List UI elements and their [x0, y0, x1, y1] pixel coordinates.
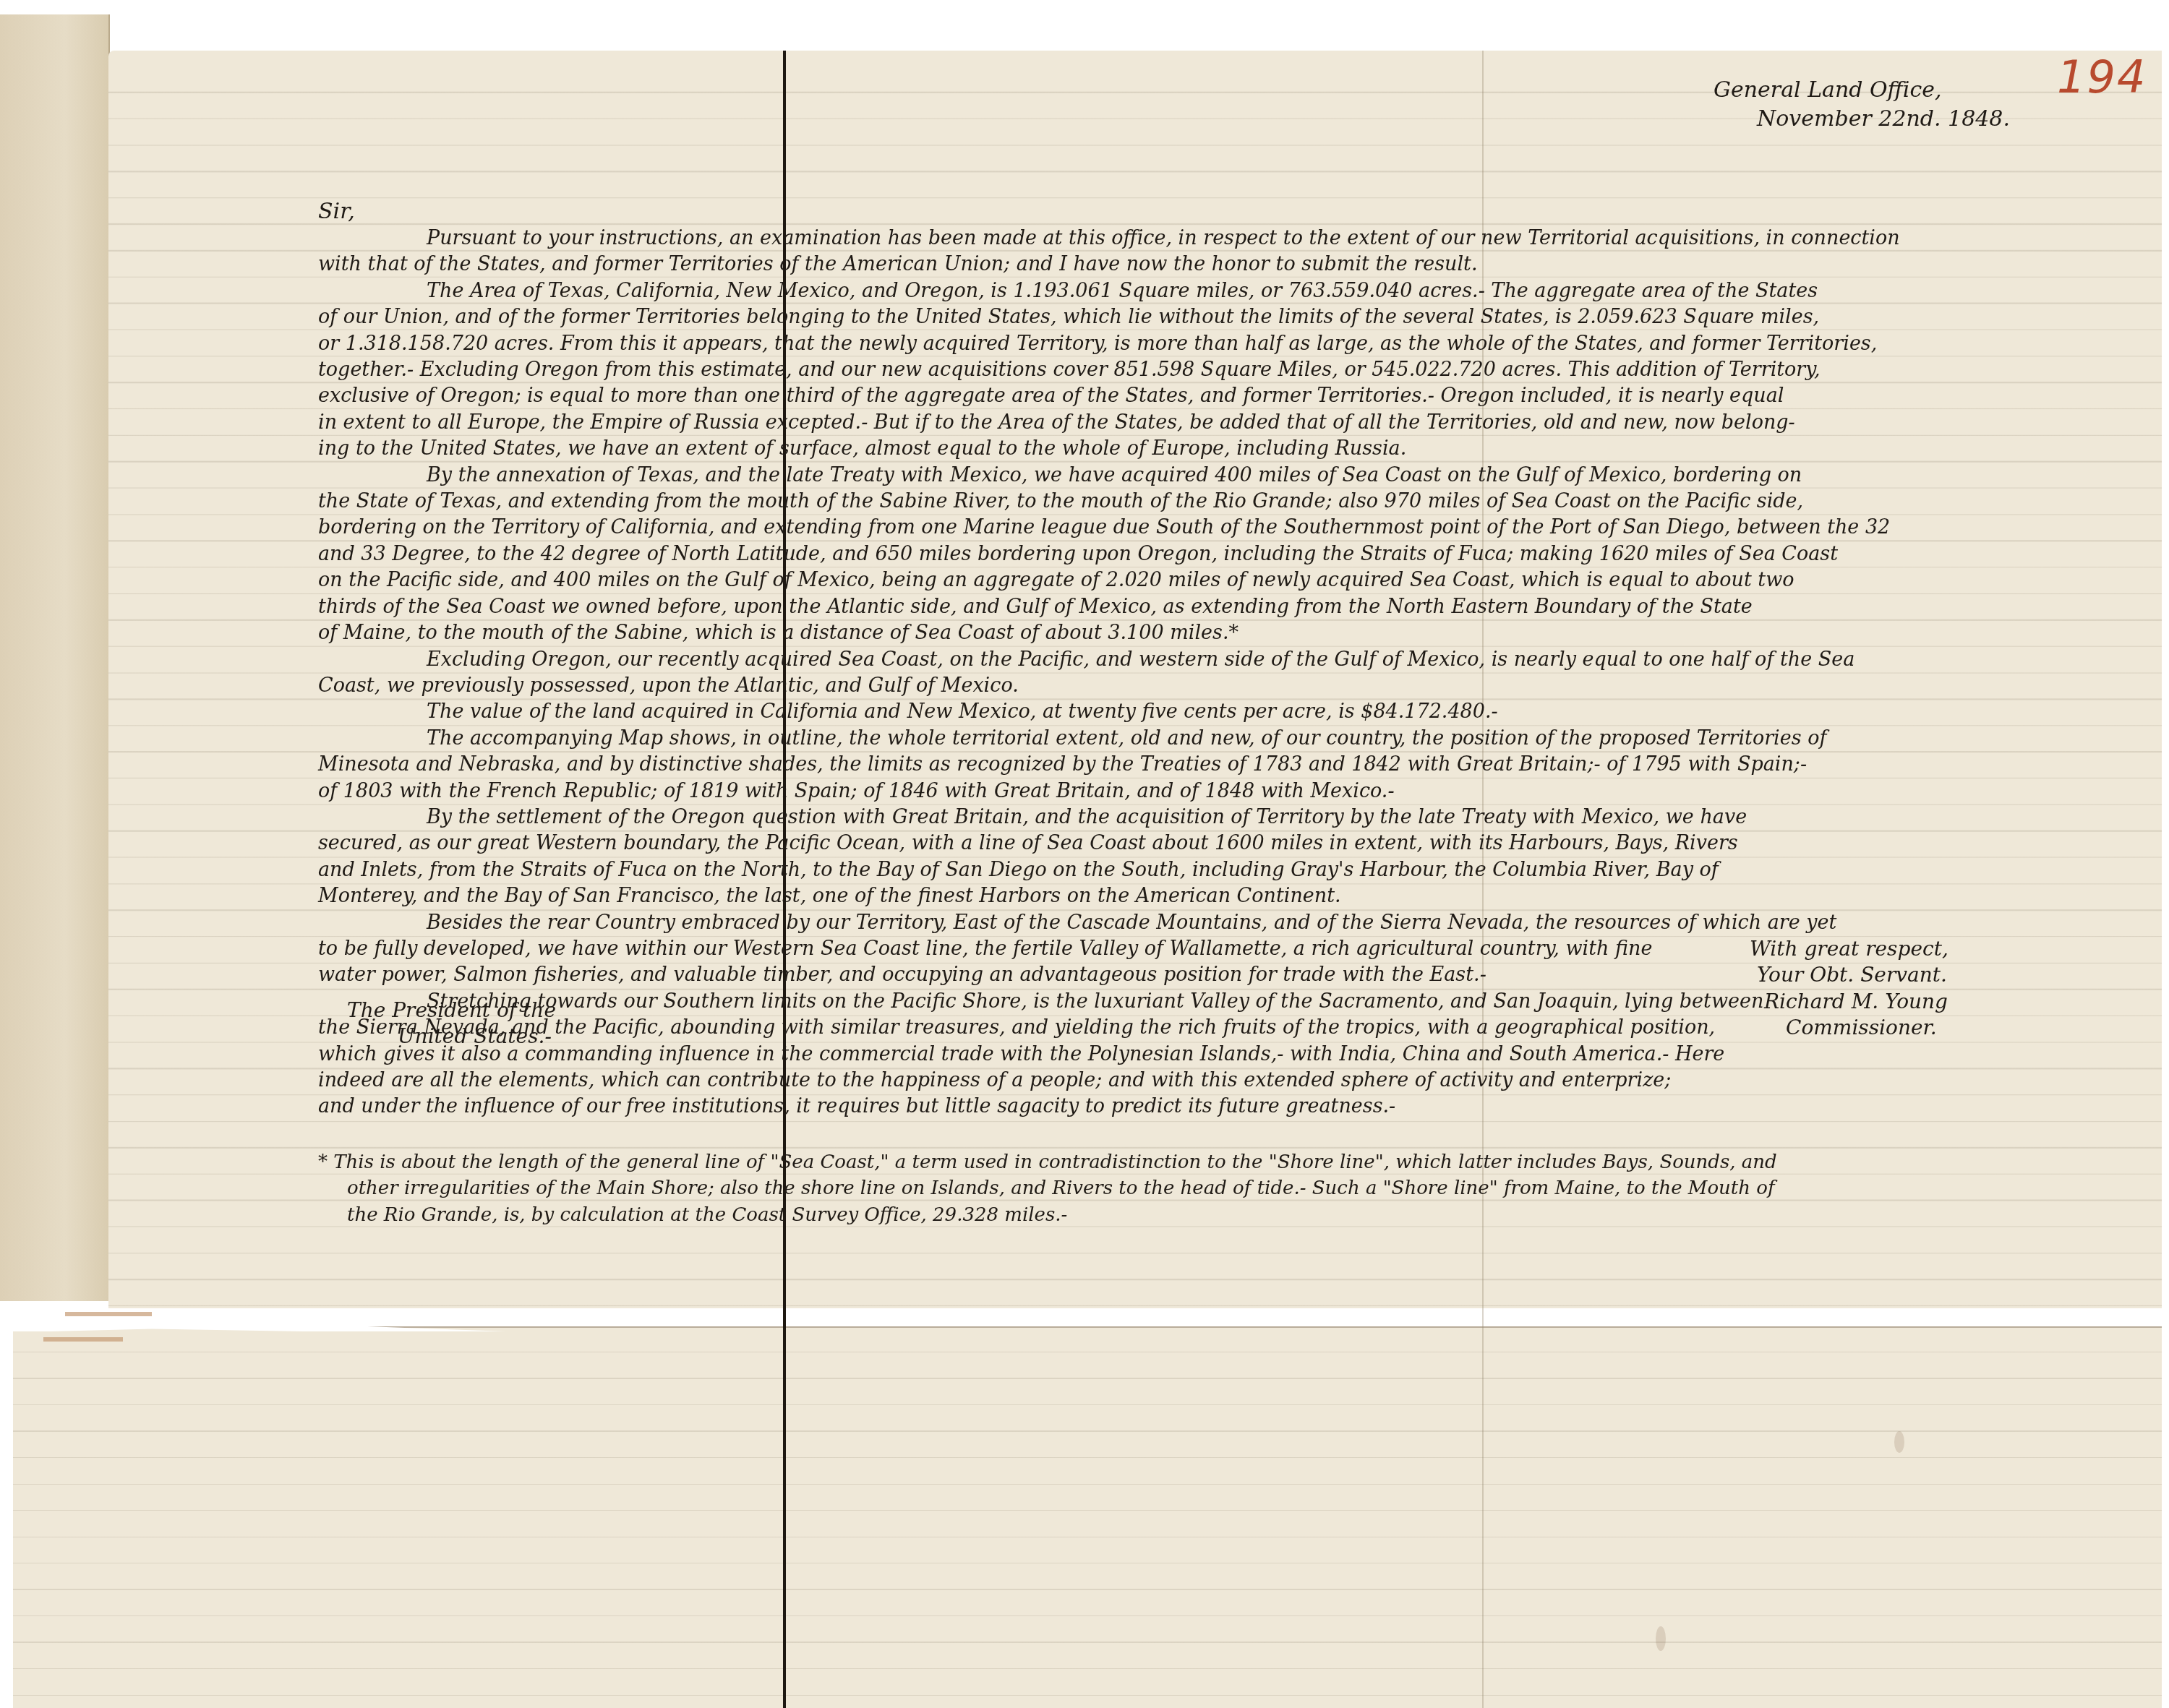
office-name: General Land Office, [1714, 76, 2010, 105]
body-line: of Maine, to the mouth of the Sabine, wh… [318, 620, 2155, 646]
closing-servant: Your Obt. Servant. [1750, 962, 1948, 988]
body-line: secured, as our great Western boundary, … [318, 831, 2155, 857]
salutation: Sir, [318, 199, 355, 225]
page-number: 194 [2057, 51, 2147, 103]
ink-spot [1894, 1431, 1904, 1453]
signature: Richard M. Young [1750, 989, 1948, 1015]
body-line: in extent to all Europe, the Empire of R… [318, 410, 2155, 436]
body-line: thirds of the Sea Coast we owned before,… [318, 594, 2155, 620]
body-line: Besides the rear Country embraced by our… [318, 910, 2155, 936]
body-line: indeed are all the elements, which can c… [318, 1068, 2155, 1094]
letter-date: November 22nd. 1848. [1714, 105, 2010, 134]
body-line: ing to the United States, we have an ext… [318, 436, 2155, 462]
body-line: with that of the States, and former Terr… [318, 252, 2155, 278]
footnote-line: other irregularities of the Main Shore; … [318, 1175, 1777, 1201]
closing-phrase: With great respect, [1750, 936, 1948, 962]
addressee-line-1: The President of the [347, 997, 556, 1023]
body-line: Pursuant to your instructions, an examin… [318, 226, 2155, 252]
body-line: and under the influence of our free inst… [318, 1094, 2155, 1120]
body-line: The Area of Texas, California, New Mexic… [318, 278, 2155, 304]
footnote-line: * This is about the length of the genera… [318, 1149, 1777, 1175]
tear-stain [65, 1312, 152, 1316]
tear-stain [43, 1337, 123, 1342]
addressee-block: The President of the United States.- [347, 997, 556, 1050]
body-line: By the annexation of Texas, and the late… [318, 463, 2155, 489]
body-line: exclusive of Oregon; is equal to more th… [318, 383, 2155, 409]
addressee-line-2: United States.- [347, 1023, 556, 1050]
letter-sheet-lower [13, 1326, 2162, 1708]
body-line: which gives it also a commanding influen… [318, 1042, 2155, 1068]
body-line: Excluding Oregon, our recently acquired … [318, 647, 2155, 673]
body-line: Coast, we previously possessed, upon the… [318, 673, 2155, 699]
body-line: together.- Excluding Oregon from this es… [318, 357, 2155, 383]
body-line: By the settlement of the Oregon question… [318, 804, 2155, 831]
ink-spot [1656, 1626, 1666, 1651]
footnote: * This is about the length of the genera… [318, 1149, 1777, 1228]
dateline: General Land Office, November 22nd. 1848… [1714, 76, 2010, 134]
adjacent-page-edge [0, 14, 110, 1301]
body-line: of 1803 with the French Republic; of 181… [318, 778, 2155, 804]
body-line: on the Pacific side, and 400 miles on th… [318, 567, 2155, 593]
closing-block: With great respect, Your Obt. Servant. R… [1750, 936, 1948, 1042]
body-line: of our Union, and of the former Territor… [318, 304, 2155, 330]
body-line: Minesota and Nebraska, and by distinctiv… [318, 752, 2155, 778]
body-line: the State of Texas, and extending from t… [318, 489, 2155, 515]
signer-title: Commissioner. [1750, 1015, 1948, 1041]
body-line: The accompanying Map shows, in outline, … [318, 726, 2155, 752]
body-line: Monterey, and the Bay of San Francisco, … [318, 883, 2155, 909]
body-line: and 33 Degree, to the 42 degree of North… [318, 541, 2155, 567]
body-line: or 1.318.158.720 acres. From this it app… [318, 331, 2155, 357]
body-line: bordering on the Territory of California… [318, 515, 2155, 541]
body-line: and Inlets, from the Straits of Fuca on … [318, 857, 2155, 883]
body-line: The value of the land acquired in Califo… [318, 699, 2155, 725]
footnote-line: the Rio Grande, is, by calculation at th… [318, 1202, 1777, 1228]
